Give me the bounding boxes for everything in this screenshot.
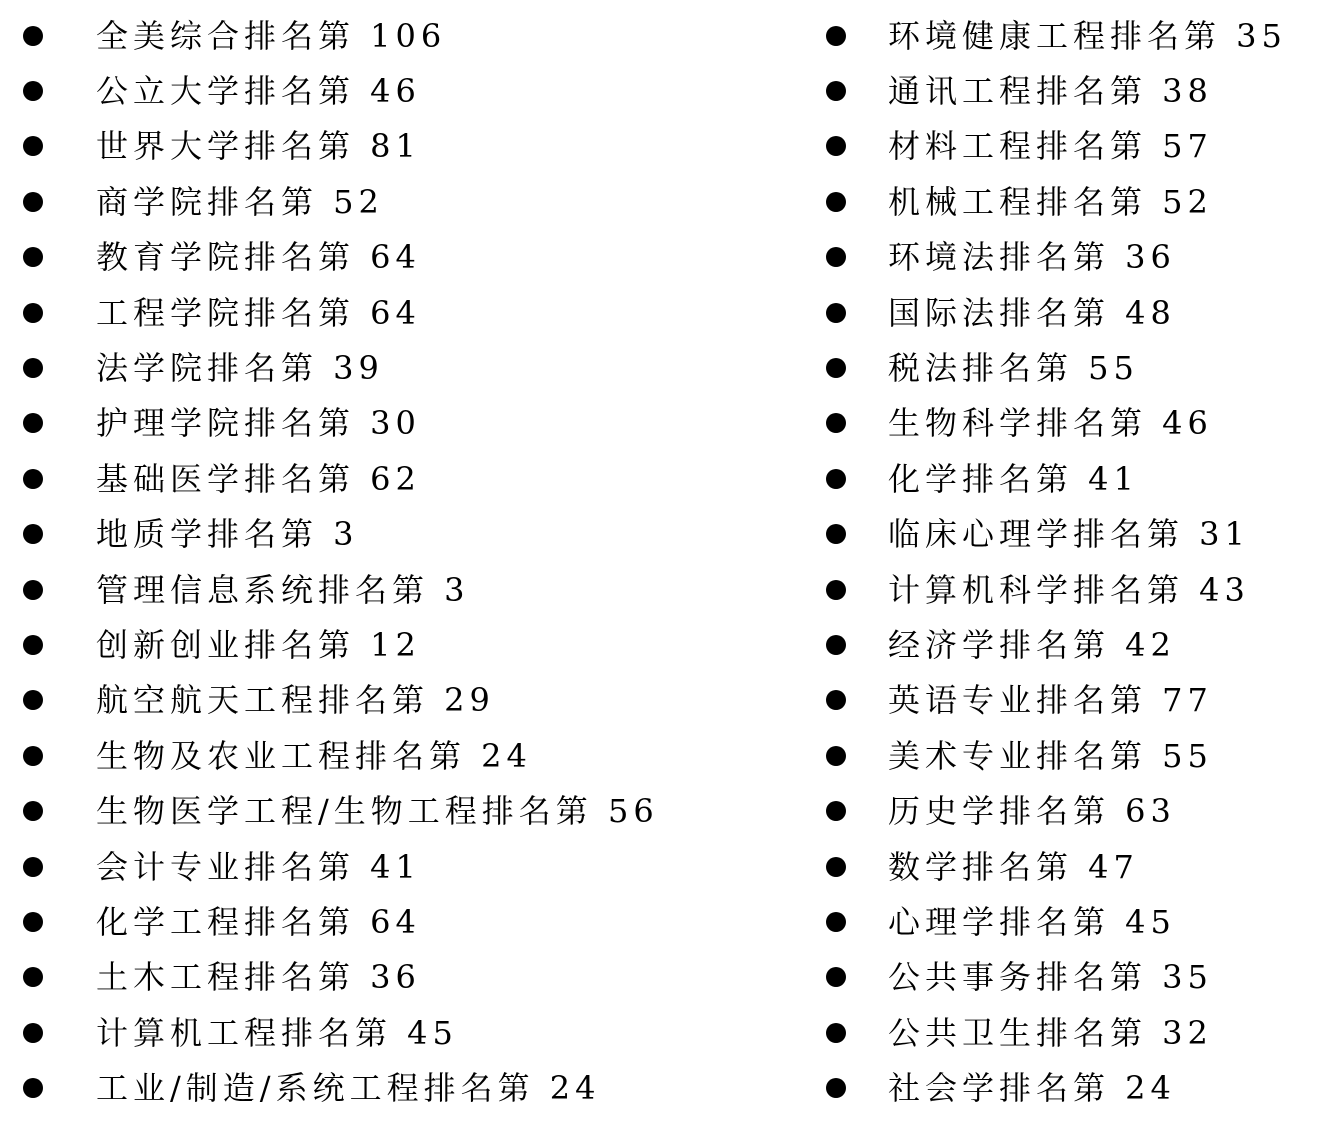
bullet-icon [826, 303, 846, 323]
ranking-label: 社会学排名第 24 [888, 1072, 1176, 1104]
list-item: 环境法排名第 36 [803, 230, 1330, 285]
ranking-label: 工程学院排名第 64 [96, 297, 421, 329]
ranking-label: 生物及农业工程排名第 24 [96, 740, 532, 772]
bullet-icon [23, 136, 43, 156]
list-item: 生物科学排名第 46 [803, 396, 1330, 451]
bullet-icon [826, 413, 846, 433]
ranking-label: 教育学院排名第 64 [96, 241, 421, 273]
bullet-icon [23, 746, 43, 766]
ranking-label: 计算机工程排名第 45 [96, 1017, 458, 1049]
ranking-label: 通讯工程排名第 38 [888, 75, 1213, 107]
ranking-label: 基础医学排名第 62 [96, 463, 421, 495]
list-item: 基础医学排名第 62 [0, 451, 780, 506]
ranking-label: 国际法排名第 48 [888, 297, 1176, 329]
ranking-label: 环境健康工程排名第 35 [888, 20, 1287, 52]
list-item: 生物及农业工程排名第 24 [0, 728, 780, 783]
list-item: 心理学排名第 45 [803, 894, 1330, 949]
list-item: 计算机科学排名第 43 [803, 562, 1330, 617]
list-item: 环境健康工程排名第 35 [803, 8, 1330, 63]
ranking-label: 法学院排名第 39 [96, 352, 384, 384]
ranking-label: 环境法排名第 36 [888, 241, 1176, 273]
ranking-label: 数学排名第 47 [888, 851, 1139, 883]
list-item: 土木工程排名第 36 [0, 950, 780, 1005]
ranking-label: 商学院排名第 52 [96, 186, 384, 218]
ranking-label: 材料工程排名第 57 [888, 130, 1213, 162]
bullet-icon [826, 690, 846, 710]
list-item: 计算机工程排名第 45 [0, 1005, 780, 1060]
bullet-icon [826, 469, 846, 489]
ranking-label: 心理学排名第 45 [888, 906, 1176, 938]
ranking-label: 公共卫生排名第 32 [888, 1017, 1213, 1049]
ranking-label: 土木工程排名第 36 [96, 961, 421, 993]
bullet-icon [23, 192, 43, 212]
ranking-label: 历史学排名第 63 [888, 795, 1176, 827]
bullet-icon [826, 524, 846, 544]
bullet-icon [826, 857, 846, 877]
ranking-label: 公立大学排名第 46 [96, 75, 421, 107]
bullet-icon [826, 967, 846, 987]
ranking-label: 生物科学排名第 46 [888, 407, 1213, 439]
ranking-label: 经济学排名第 42 [888, 629, 1176, 661]
bullet-icon [23, 247, 43, 267]
ranking-label: 化学排名第 41 [888, 463, 1139, 495]
list-item: 数学排名第 47 [803, 839, 1330, 894]
bullet-icon [23, 635, 43, 655]
list-item: 管理信息系统排名第 3 [0, 562, 780, 617]
ranking-label: 创新创业排名第 12 [96, 629, 421, 661]
list-item: 英语专业排名第 77 [803, 673, 1330, 728]
ranking-label: 护理学院排名第 30 [96, 407, 421, 439]
list-item: 创新创业排名第 12 [0, 617, 780, 672]
list-item: 化学工程排名第 64 [0, 894, 780, 949]
ranking-label: 计算机科学排名第 43 [888, 574, 1250, 606]
ranking-label: 地质学排名第 3 [96, 518, 359, 550]
list-item: 社会学排名第 24 [803, 1060, 1330, 1115]
ranking-label: 美术专业排名第 55 [888, 740, 1213, 772]
list-item: 公共卫生排名第 32 [803, 1005, 1330, 1060]
bullet-icon [826, 801, 846, 821]
list-item: 航空航天工程排名第 29 [0, 673, 780, 728]
ranking-label: 会计专业排名第 41 [96, 851, 421, 883]
bullet-icon [826, 26, 846, 46]
list-item: 会计专业排名第 41 [0, 839, 780, 894]
list-item: 生物医学工程/生物工程排名第 56 [0, 783, 780, 838]
list-item: 地质学排名第 3 [0, 507, 780, 562]
ranking-label: 全美综合排名第 106 [96, 20, 446, 52]
list-item: 临床心理学排名第 31 [803, 507, 1330, 562]
list-item: 护理学院排名第 30 [0, 396, 780, 451]
ranking-label: 公共事务排名第 35 [888, 961, 1213, 993]
list-item: 经济学排名第 42 [803, 617, 1330, 672]
bullet-icon [826, 247, 846, 267]
bullet-icon [23, 26, 43, 46]
list-item: 通讯工程排名第 38 [803, 63, 1330, 118]
list-item: 历史学排名第 63 [803, 783, 1330, 838]
bullet-icon [23, 413, 43, 433]
bullet-icon [826, 746, 846, 766]
list-item: 法学院排名第 39 [0, 340, 780, 395]
bullet-icon [826, 136, 846, 156]
bullet-icon [23, 690, 43, 710]
ranking-label: 航空航天工程排名第 29 [96, 684, 495, 716]
ranking-label: 临床心理学排名第 31 [888, 518, 1250, 550]
list-item: 公立大学排名第 46 [0, 63, 780, 118]
list-item: 全美综合排名第 106 [0, 8, 780, 63]
bullet-icon [23, 801, 43, 821]
list-item: 税法排名第 55 [803, 340, 1330, 395]
bullet-icon [826, 358, 846, 378]
ranking-label: 生物医学工程/生物工程排名第 56 [96, 795, 659, 827]
list-item: 世界大学排名第 81 [0, 119, 780, 174]
bullet-icon [23, 469, 43, 489]
list-item: 国际法排名第 48 [803, 285, 1330, 340]
ranking-label: 工业/制造/系统工程排名第 24 [96, 1072, 600, 1104]
rankings-list-right: 环境健康工程排名第 35 通讯工程排名第 38 材料工程排名第 57 机械工程排… [803, 8, 1330, 1116]
ranking-label: 机械工程排名第 52 [888, 186, 1213, 218]
bullet-icon [826, 635, 846, 655]
bullet-icon [826, 580, 846, 600]
bullet-icon [23, 303, 43, 323]
ranking-label: 税法排名第 55 [888, 352, 1139, 384]
list-item: 机械工程排名第 52 [803, 174, 1330, 229]
bullet-icon [23, 524, 43, 544]
bullet-icon [826, 1078, 846, 1098]
bullet-icon [23, 81, 43, 101]
bullet-icon [23, 1023, 43, 1043]
list-item: 化学排名第 41 [803, 451, 1330, 506]
rankings-list-left: 全美综合排名第 106 公立大学排名第 46 世界大学排名第 81 商学院排名第… [0, 8, 780, 1116]
ranking-label: 化学工程排名第 64 [96, 906, 421, 938]
bullet-icon [826, 192, 846, 212]
ranking-label: 世界大学排名第 81 [96, 130, 421, 162]
list-item: 公共事务排名第 35 [803, 950, 1330, 1005]
ranking-label: 管理信息系统排名第 3 [96, 574, 470, 606]
bullet-icon [23, 580, 43, 600]
bullet-icon [826, 81, 846, 101]
bullet-icon [23, 358, 43, 378]
bullet-icon [826, 912, 846, 932]
bullet-icon [826, 1023, 846, 1043]
list-item: 工业/制造/系统工程排名第 24 [0, 1060, 780, 1115]
list-item: 美术专业排名第 55 [803, 728, 1330, 783]
list-item: 商学院排名第 52 [0, 174, 780, 229]
ranking-label: 英语专业排名第 77 [888, 684, 1213, 716]
bullet-icon [23, 857, 43, 877]
list-item: 材料工程排名第 57 [803, 119, 1330, 174]
list-item: 教育学院排名第 64 [0, 230, 780, 285]
list-item: 工程学院排名第 64 [0, 285, 780, 340]
bullet-icon [23, 912, 43, 932]
bullet-icon [23, 1078, 43, 1098]
bullet-icon [23, 967, 43, 987]
